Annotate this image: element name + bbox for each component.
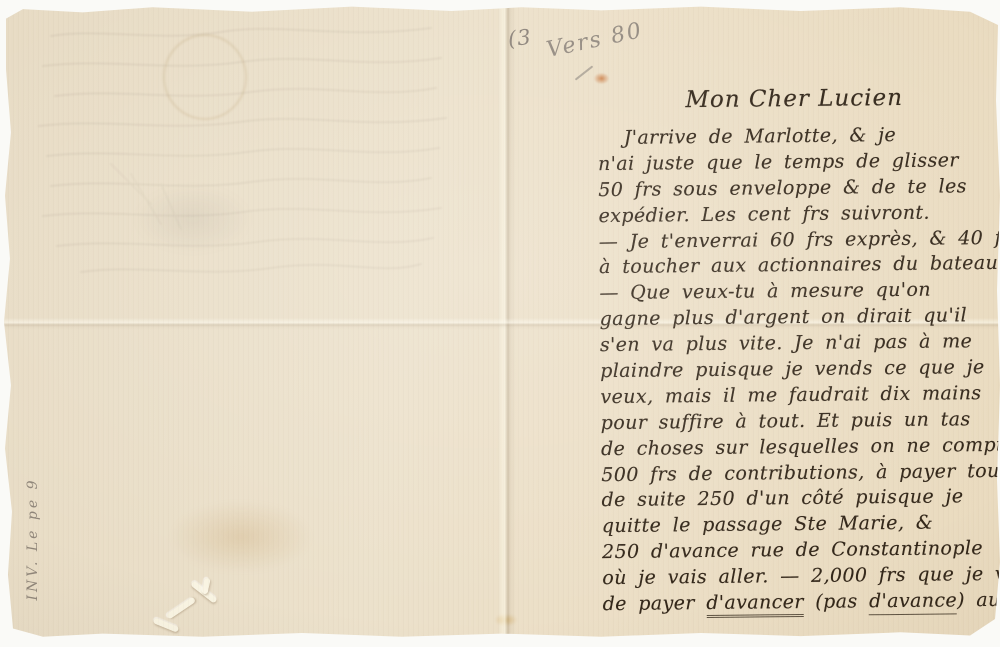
pencil-slash-mark (575, 65, 594, 80)
letter-line: de choses sur lesquelles on ne compte pa… (601, 433, 1000, 463)
letter-scan: INV. Le pe 9 (3 Vers 80 Mon Cher Lucien … (0, 0, 1000, 647)
letter-line: pour suffire à tout. Et puis un tas (601, 407, 1000, 437)
pencil-page-number: (3 (507, 25, 533, 51)
salutation: Mon Cher Lucien (597, 84, 997, 114)
ring-stain (163, 34, 247, 120)
last-line-text: de payer (603, 592, 707, 615)
letter-line: veux, mais il me faudrait dix mains (600, 381, 1000, 411)
letter-line: 50 frs sous enveloppe & de te les (598, 174, 998, 204)
inventory-annotation: INV. Le pe 9 (25, 473, 41, 605)
foxing-stain (171, 502, 311, 572)
small-orange-stain (594, 73, 609, 84)
last-line-text: (pas (804, 590, 869, 613)
embossed-blind-stamp (153, 617, 179, 632)
letter-body: Mon Cher Lucien J'arrive de Marlotte, & … (597, 84, 1000, 618)
last-line-text: ) au (957, 589, 1000, 611)
embossed-blind-stamp (166, 597, 196, 620)
ink-smudge (133, 184, 253, 254)
paper-spread: INV. Le pe 9 (3 Vers 80 Mon Cher Lucien … (3, 6, 1000, 638)
pencil-date-annotation: Vers 80 (544, 18, 645, 63)
underlined-word: d'avancer (706, 591, 804, 618)
letter-line: n'ai juste que le temps de glisser (598, 148, 998, 178)
letter-line: à toucher aux actionnaires du bateau (599, 251, 999, 281)
letter-line-underlined: de payer d'avancer (pas d'avance) au (603, 588, 1000, 618)
letter-line: de suite 250 d'un côté puisque je (601, 484, 1000, 514)
letter-line: plaindre puisque je vends ce que je (600, 355, 1000, 385)
underlined-word: d'avance (869, 589, 957, 615)
